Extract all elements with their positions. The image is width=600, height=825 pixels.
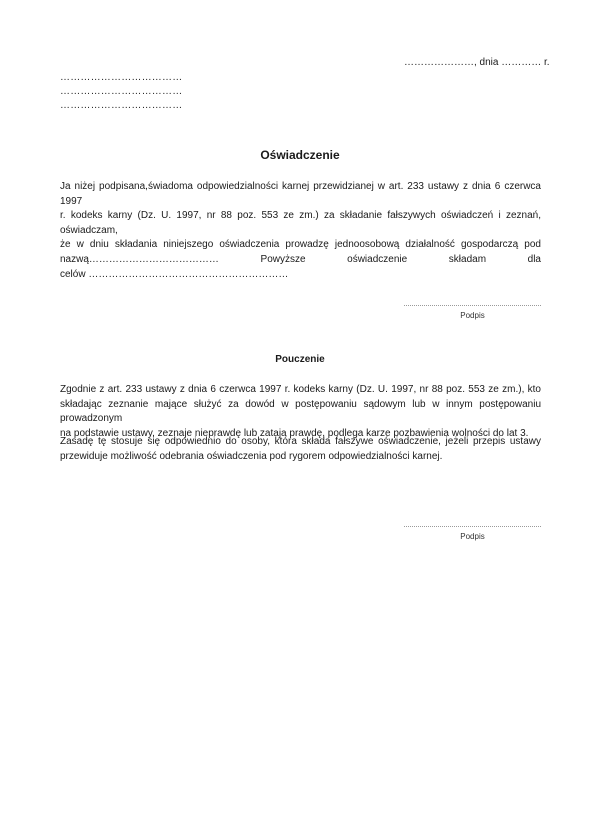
instruction-line: przewiduje możliwość odebrania oświadcze…: [60, 451, 442, 462]
declaration-line: Ja niżej podpisana,świadoma odpowiedzial…: [60, 180, 541, 209]
instruction-title: Pouczenie: [0, 354, 600, 366]
instruction-paragraph-1: Zgodnie z art. 233 ustawy z dnia 6 czerw…: [60, 383, 541, 441]
declaration-title: Oświadczenie: [0, 148, 600, 162]
signature-line: [404, 526, 541, 527]
declaration-line: celów ……………………………………………………: [60, 268, 541, 283]
sender-line: ………………………………: [60, 99, 182, 113]
signature-block-1: Podpis: [404, 305, 541, 321]
instruction-line: Zasadę tę stosuje się odpowiednio do oso…: [60, 435, 541, 450]
sender-line: ………………………………: [60, 85, 182, 99]
document-page: …………………, dnia ………… r. ……………………………… ………………: [0, 0, 600, 825]
sender-address-block: ……………………………… ……………………………… ………………………………: [60, 71, 182, 113]
signature-label: Podpis: [404, 532, 541, 542]
instruction-paragraph-2: Zasadę tę stosuje się odpowiednio do oso…: [60, 435, 541, 464]
declaration-line: nazwą………………………………… Powyższe oświadczenie…: [60, 253, 541, 268]
declaration-body: Ja niżej podpisana,świadoma odpowiedzial…: [60, 180, 541, 282]
declaration-line: że w dniu składania niniejszego oświadcz…: [60, 238, 541, 253]
signature-label: Podpis: [404, 311, 541, 321]
signature-line: [404, 305, 541, 306]
instruction-line: Zgodnie z art. 233 ustawy z dnia 6 czerw…: [60, 383, 541, 398]
declaration-line: r. kodeks karny (Dz. U. 1997, nr 88 poz.…: [60, 209, 541, 238]
signature-block-2: Podpis: [404, 526, 541, 542]
place-date-field: …………………, dnia ………… r.: [404, 57, 550, 69]
sender-line: ………………………………: [60, 71, 182, 85]
instruction-line: składając zeznanie mające służyć za dowó…: [60, 398, 541, 427]
